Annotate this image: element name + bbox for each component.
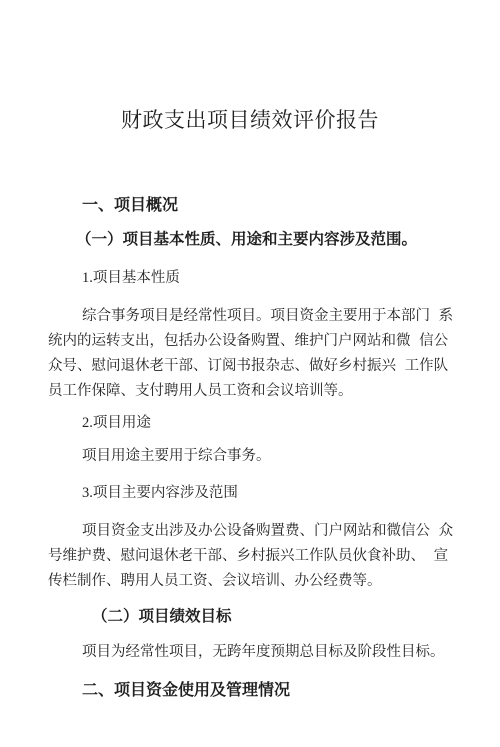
paragraph-line: 员工作保障、支付聘用人员工资和会议培训等。: [48, 379, 452, 404]
paragraph-line: 项目资金支出涉及办公设备购置费、门户网站和微信公 众: [48, 519, 452, 544]
subsection-heading-1-1: （一）项目基本性质、用途和主要内容涉及范围。: [48, 229, 452, 251]
section-heading-2: 二、项目资金使用及管理情况: [48, 680, 452, 702]
document-title: 财政支出项目绩效评价报告: [48, 103, 452, 137]
subsection-heading-1-2: （二）项目绩效目标: [48, 606, 452, 628]
paragraph-1: 综合事务项目是经常性项目。项目资金主要用于本部门 系 统内的运转支出，包括办公设…: [48, 304, 452, 404]
paragraph-line: 号维护费、慰问退休老干部、乡村振兴工作队员伙食补助、 宣: [48, 544, 452, 569]
paragraph-2: 项目用途主要用于综合事务。: [48, 444, 452, 469]
document-page: 财政支出项目绩效评价报告 一、项目概况 （一）项目基本性质、用途和主要内容涉及范…: [0, 0, 500, 747]
paragraph-line: 综合事务项目是经常性项目。项目资金主要用于本部门 系: [48, 304, 452, 329]
paragraph-4: 项目为经常性项目，无跨年度预期总目标及阶段性目标。: [48, 640, 452, 665]
paragraph-line: 传栏制作、聘用人员工资、会议培训、办公经费等。: [48, 569, 452, 594]
item-heading-2: 2.项目用途: [48, 412, 452, 434]
section-heading-1: 一、项目概况: [48, 195, 452, 217]
paragraph-line: 统内的运转支出，包括办公设备购置、维护门户网站和微 信公: [48, 329, 452, 354]
paragraph-line: 众号、慰问退休老干部、订阅书报杂志、做好乡村振兴 工作队: [48, 354, 452, 379]
item-heading-1: 1.项目基本性质: [48, 267, 452, 289]
item-heading-3: 3.项目主要内容涉及范围: [48, 482, 452, 504]
paragraph-3: 项目资金支出涉及办公设备购置费、门户网站和微信公 众 号维护费、慰问退休老干部、…: [48, 519, 452, 594]
